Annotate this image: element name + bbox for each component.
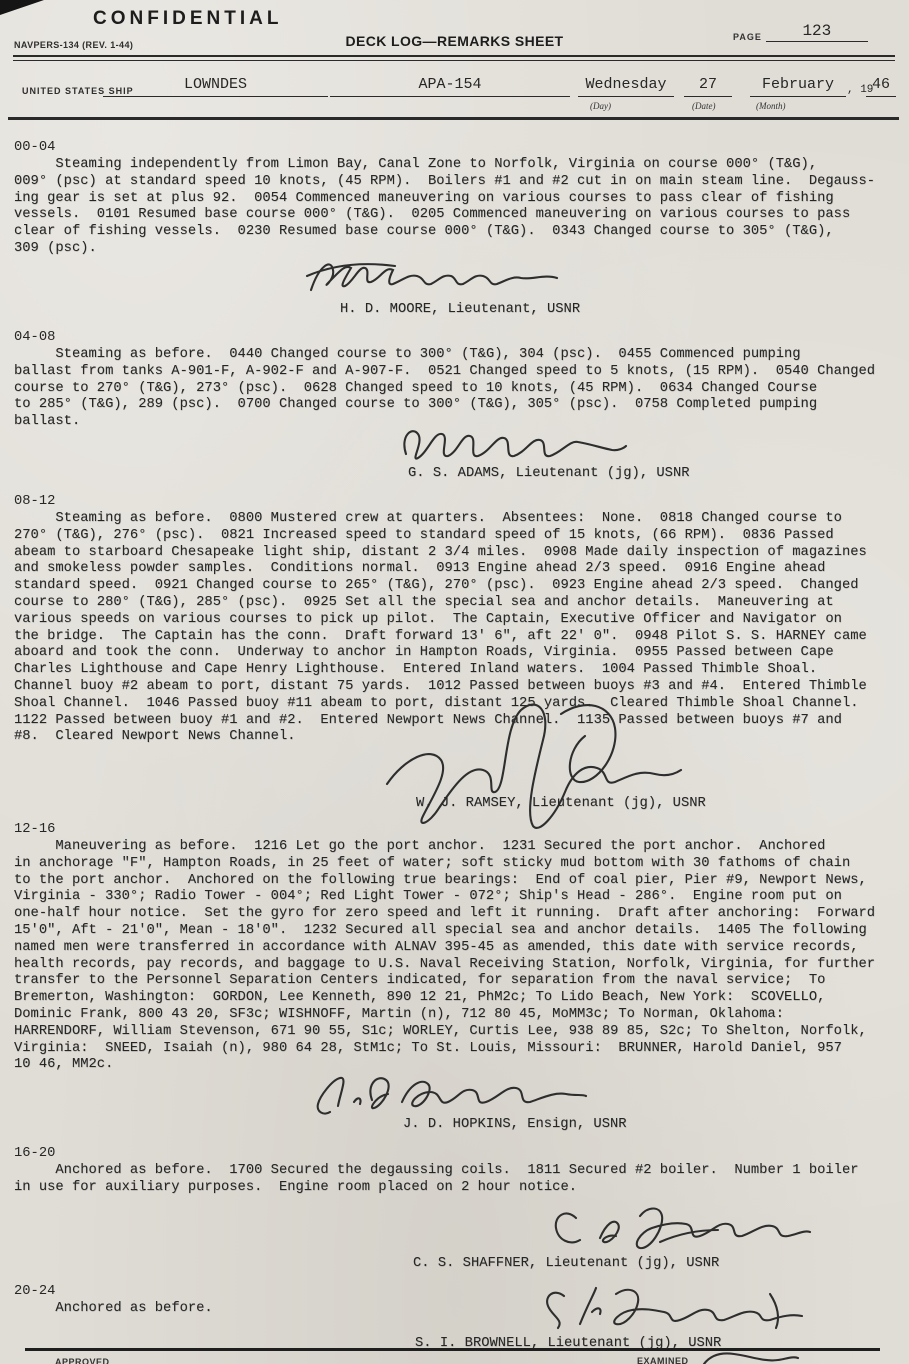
header-thick-rule <box>8 117 899 120</box>
officer-name: J. D. HOPKINS, Ensign, USNR <box>403 1117 627 1132</box>
header-double-rule <box>13 55 895 61</box>
date-caption: (Date) <box>692 101 716 111</box>
signature-hd-moore <box>305 256 575 304</box>
date-month: February <box>750 76 846 97</box>
document-title: DECK LOG—REMARKS SHEET <box>0 33 909 49</box>
log-entry-16-20: 16-20 Anchored as before. 1700 Secured t… <box>14 1146 900 1197</box>
day-caption: (Day) <box>590 101 611 111</box>
officer-name: H. D. MOORE, Lieutenant, USNR <box>340 302 580 317</box>
entry-text: Anchored as before. 1700 Secured the deg… <box>14 1163 900 1197</box>
log-entry-04-08: 04-08 Steaming as before. 0440 Changed c… <box>14 330 900 431</box>
entry-hours: 20-24 <box>14 1284 900 1299</box>
officer-name: W. J. RAMSEY, Lieutenant (jg), USNR <box>416 796 706 811</box>
log-entry-12-16: 12-16 Maneuvering as before. 1216 Let go… <box>14 822 900 1074</box>
date-year: 46 <box>866 76 896 97</box>
ship-name: LOWNDES <box>103 76 328 97</box>
entry-hours: 16-20 <box>14 1146 900 1161</box>
footer-rule <box>25 1348 880 1351</box>
entry-hours: 08-12 <box>14 494 900 509</box>
date-number: 27 <box>684 76 732 97</box>
scan-corner-artifact <box>0 0 44 15</box>
classification-stamp: CONFIDENTIAL <box>93 8 282 30</box>
log-entry-00-04: 00-04 Steaming independently from Limon … <box>14 140 900 258</box>
month-caption: (Month) <box>756 101 786 111</box>
officer-name: G. S. ADAMS, Lieutenant (jg), USNR <box>408 466 690 481</box>
entry-hours: 04-08 <box>14 330 900 345</box>
approved-label: APPROVED <box>55 1357 110 1364</box>
entry-text: Maneuvering as before. 1216 Let go the p… <box>14 839 900 1074</box>
signature-cs-shaffner <box>548 1204 813 1254</box>
officer-name: C. S. SHAFFNER, Lieutenant (jg), USNR <box>413 1256 719 1271</box>
entry-hours: 00-04 <box>14 140 900 155</box>
entry-hours: 12-16 <box>14 822 900 837</box>
examined-label: EXAMINED <box>637 1356 689 1364</box>
log-entry-08-12: 08-12 Steaming as before. 0800 Mustered … <box>14 494 900 746</box>
examiner-signature-start <box>700 1352 800 1364</box>
entry-text: Steaming independently from Limon Bay, C… <box>14 157 900 258</box>
log-entry-20-24: 20-24 Anchored as before. <box>14 1284 900 1318</box>
entry-text: Steaming as before. 0800 Mustered crew a… <box>14 511 900 746</box>
hull-number: APA-154 <box>330 76 570 97</box>
entry-text: Steaming as before. 0440 Changed course … <box>14 347 900 431</box>
date-day: Wednesday <box>578 76 674 97</box>
deck-log-remarks-sheet: CONFIDENTIAL PAGE123 NAVPERS-134 (REV. 1… <box>0 0 909 1364</box>
entry-text: Anchored as before. <box>14 1301 900 1318</box>
signature-jd-hopkins <box>310 1072 590 1118</box>
